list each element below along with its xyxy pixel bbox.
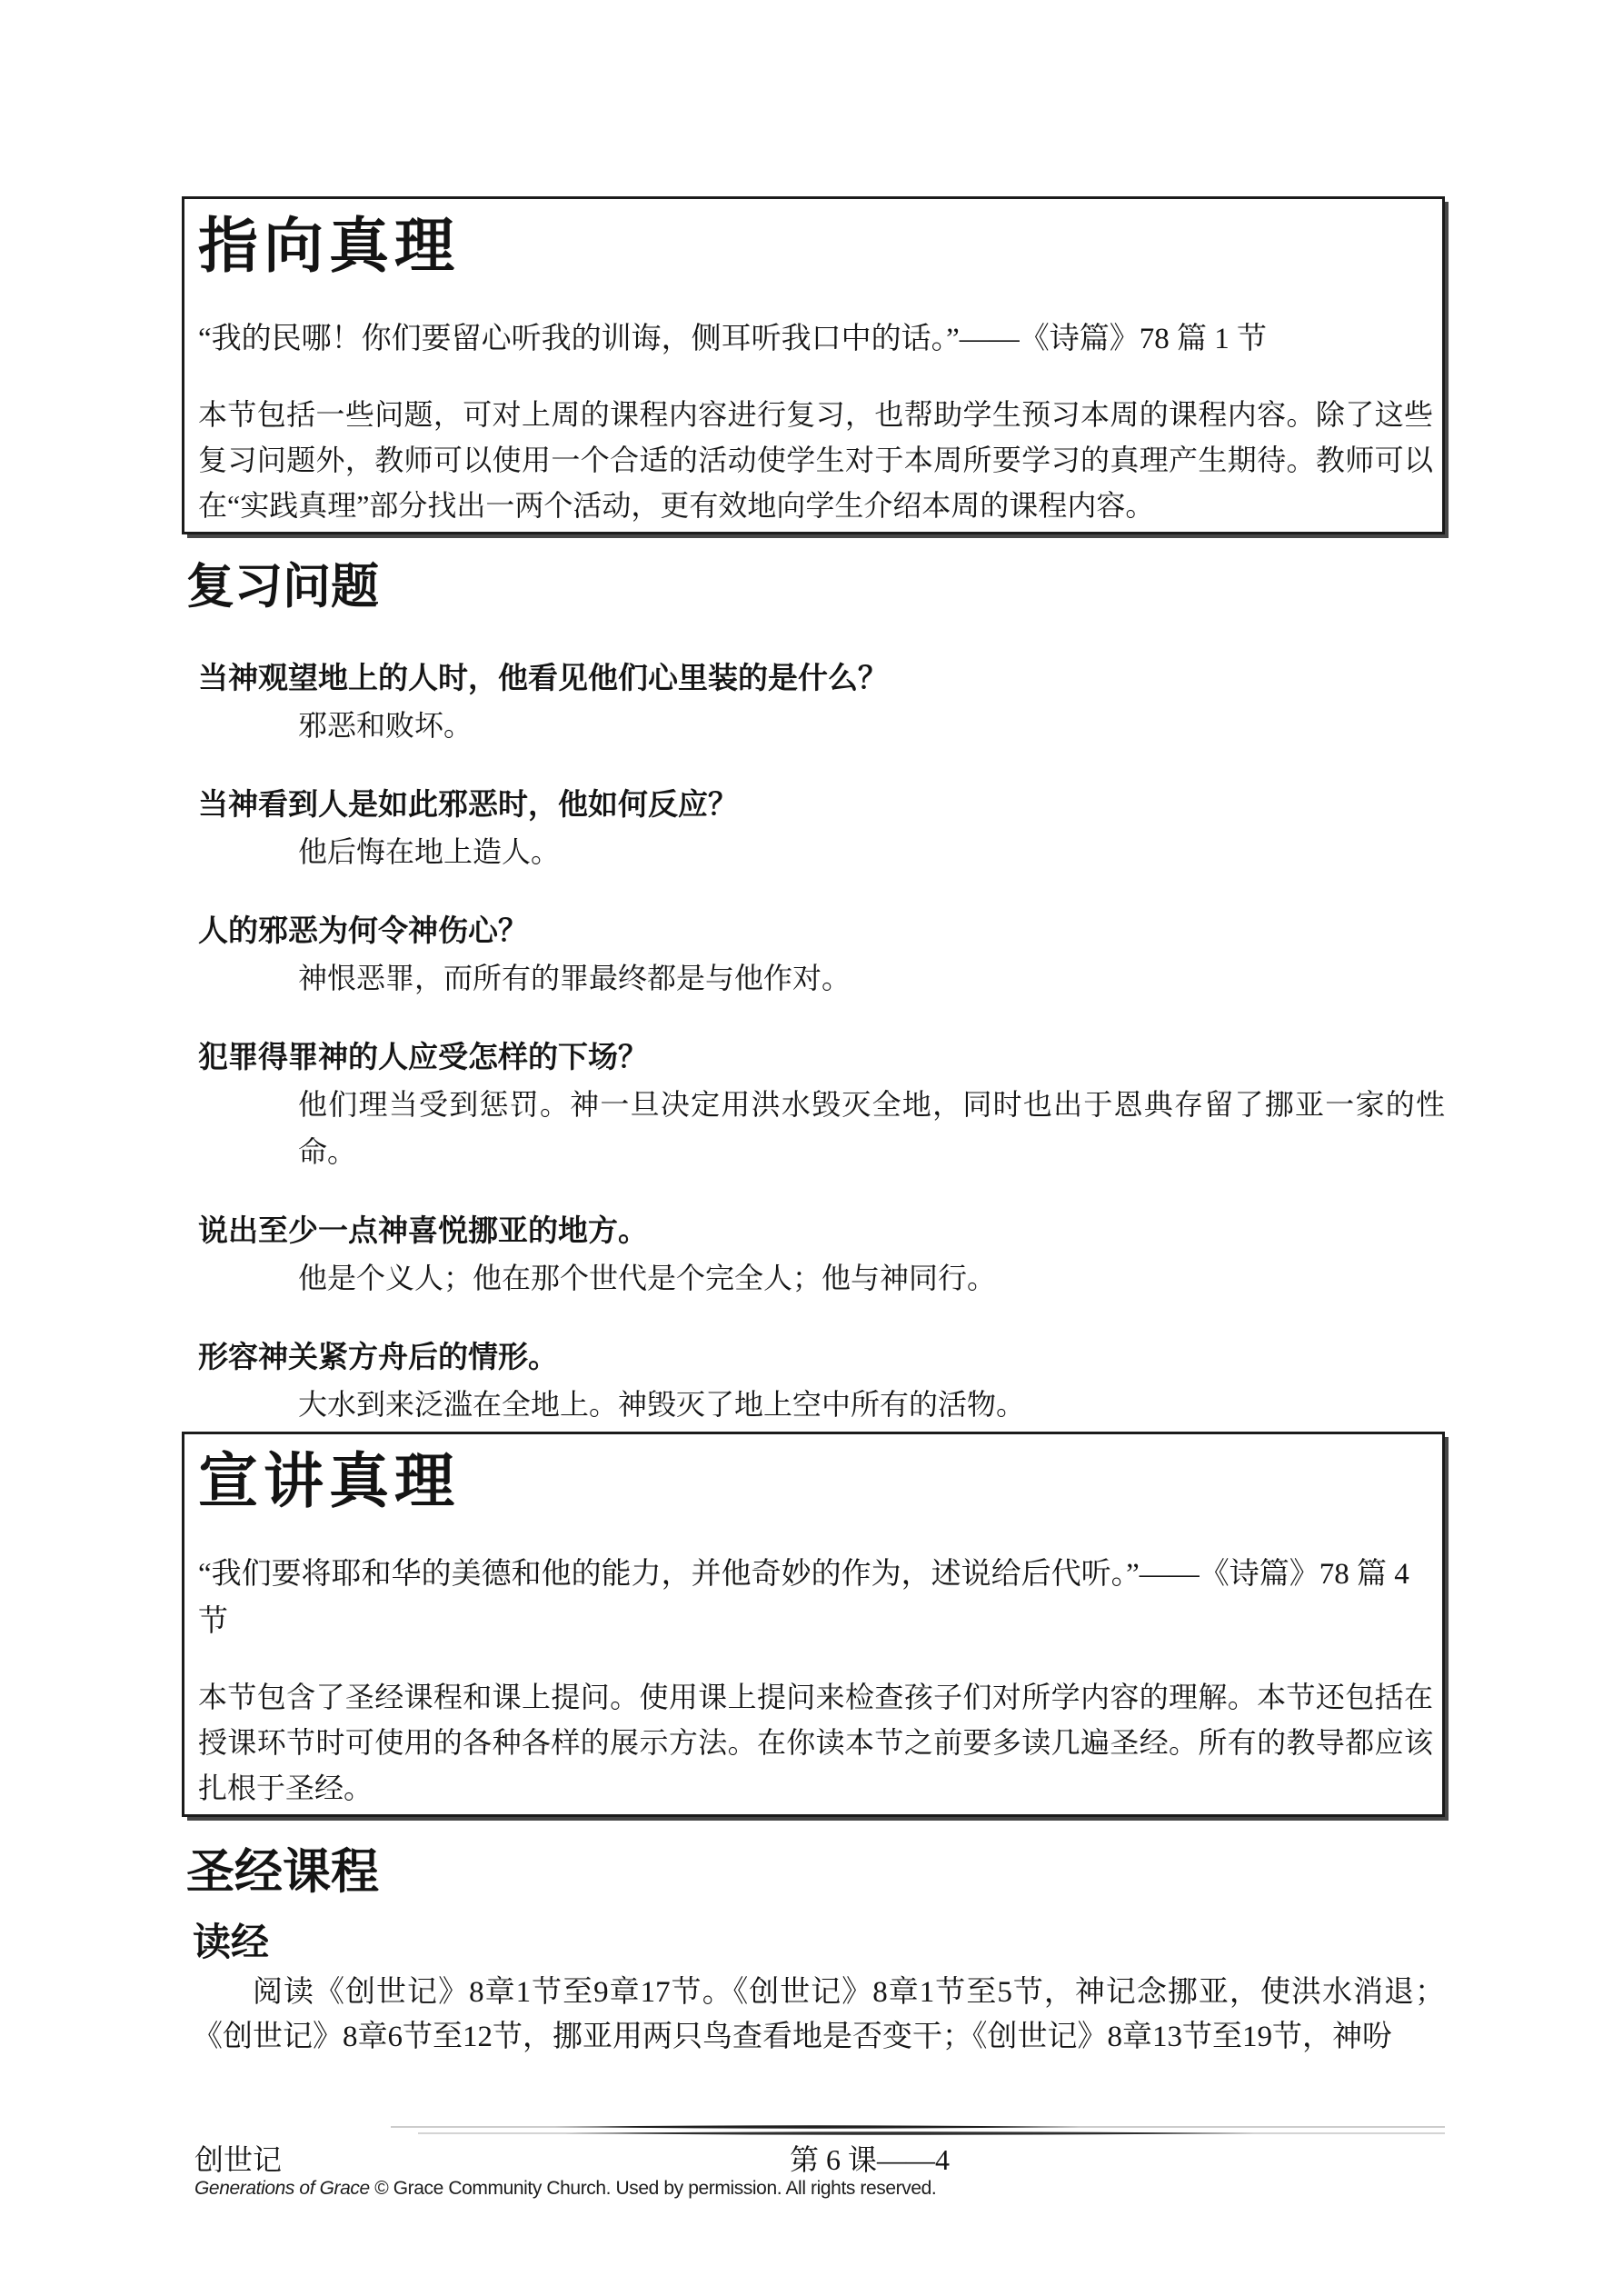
footer-divider-ornament (391, 2121, 1445, 2140)
qa-question: 说出至少一点神喜悦挪亚的地方。 (198, 1209, 1445, 1254)
footer-copyright-series: Generations of Grace (194, 2178, 370, 2199)
qa-question: 当神看到人是如此邪恶时，他如何反应？ (198, 783, 1445, 828)
box-title: 宣讲真理 (198, 1452, 1433, 1512)
scripture-quote: “我的民哪！你们要留心听我的训诲，侧耳听我口中的话。”——《诗篇》78 篇 1 … (198, 315, 1433, 363)
box-title: 指向真理 (198, 217, 1433, 277)
footer-page-number: 第 6 课——4 (238, 2141, 1501, 2178)
reading-paragraph: 阅读《创世记》8章1节至9章17节。《创世记》8章1节至5节，神记念挪亚，使洪水… (193, 1971, 1445, 2060)
qa-question: 犯罪得罪神的人应受怎样的下场？ (198, 1035, 1445, 1081)
reading-subheading: 读经 (193, 1920, 269, 1965)
qa-question: 当神观望地上的人时，他看见他们心里装的是什么？ (198, 656, 1445, 702)
qa-answer: 他后悔在地上造人。 (298, 828, 1445, 875)
review-questions-heading: 复习问题 (186, 556, 379, 619)
footer-copyright-text: © Grace Community Church. Used by permis… (370, 2178, 937, 2199)
qa-answer: 他们理当受到惩罚。神一旦决定用洪水毁灭全地，同时也出于恩典存留了挪亚一家的性命。 (298, 1081, 1445, 1175)
scripture-quote: “我们要将耶和华的美德和他的能力，并他奇妙的作为，述说给后代听。”——《诗篇》7… (198, 1551, 1433, 1645)
bible-lesson-heading: 圣经课程 (186, 1842, 379, 1904)
qa-question: 形容神关紧方舟后的情形。 (198, 1335, 1445, 1381)
qa-pair: 犯罪得罪神的人应受怎样的下场？ 他们理当受到惩罚。神一旦决定用洪水毁灭全地，同时… (198, 1035, 1445, 1175)
footer-copyright: Generations of Grace © Grace Community C… (194, 2178, 936, 2200)
qa-pair: 人的邪恶为何令神伤心？ 神恨恶罪，而所有的罪最终都是与他作对。 (198, 909, 1445, 1002)
footer-divider (391, 2121, 1445, 2140)
section-intro: 本节包括一些问题，可对上周的课程内容进行复习，也帮助学生预习本周的课程内容。除了… (198, 392, 1433, 528)
qa-answer: 大水到来泛滥在全地上。神毁灭了地上空中所有的活物。 (298, 1381, 1445, 1428)
qa-question: 人的邪恶为何令神伤心？ (198, 909, 1445, 954)
qa-answer: 他是个义人；他在那个世代是个完全人；他与神同行。 (298, 1254, 1445, 1302)
review-qa-list: 当神观望地上的人时，他看见他们心里装的是什么？ 邪恶和败坏。 当神看到人是如此邪… (198, 656, 1445, 1462)
document-page: { "box1": { "title": "指向真理", "quote": "“… (0, 0, 1623, 2296)
qa-pair: 形容神关紧方舟后的情形。 大水到来泛滥在全地上。神毁灭了地上空中所有的活物。 (198, 1335, 1445, 1428)
qa-pair: 说出至少一点神喜悦挪亚的地方。 他是个义人；他在那个世代是个完全人；他与神同行。 (198, 1209, 1445, 1302)
pointing-to-truth-box: 指向真理 “我的民哪！你们要留心听我的训诲，侧耳听我口中的话。”——《诗篇》78… (182, 196, 1445, 534)
proclaiming-truth-box: 宣讲真理 “我们要将耶和华的美德和他的能力，并他奇妙的作为，述说给后代听。”——… (182, 1432, 1445, 1817)
qa-pair: 当神观望地上的人时，他看见他们心里装的是什么？ 邪恶和败坏。 (198, 656, 1445, 749)
qa-pair: 当神看到人是如此邪恶时，他如何反应？ 他后悔在地上造人。 (198, 783, 1445, 875)
section-intro: 本节包含了圣经课程和课上提问。使用课上提问来检查孩子们对所学内容的理解。本节还包… (198, 1674, 1433, 1811)
qa-answer: 邪恶和败坏。 (298, 702, 1445, 749)
qa-answer: 神恨恶罪，而所有的罪最终都是与他作对。 (298, 954, 1445, 1002)
